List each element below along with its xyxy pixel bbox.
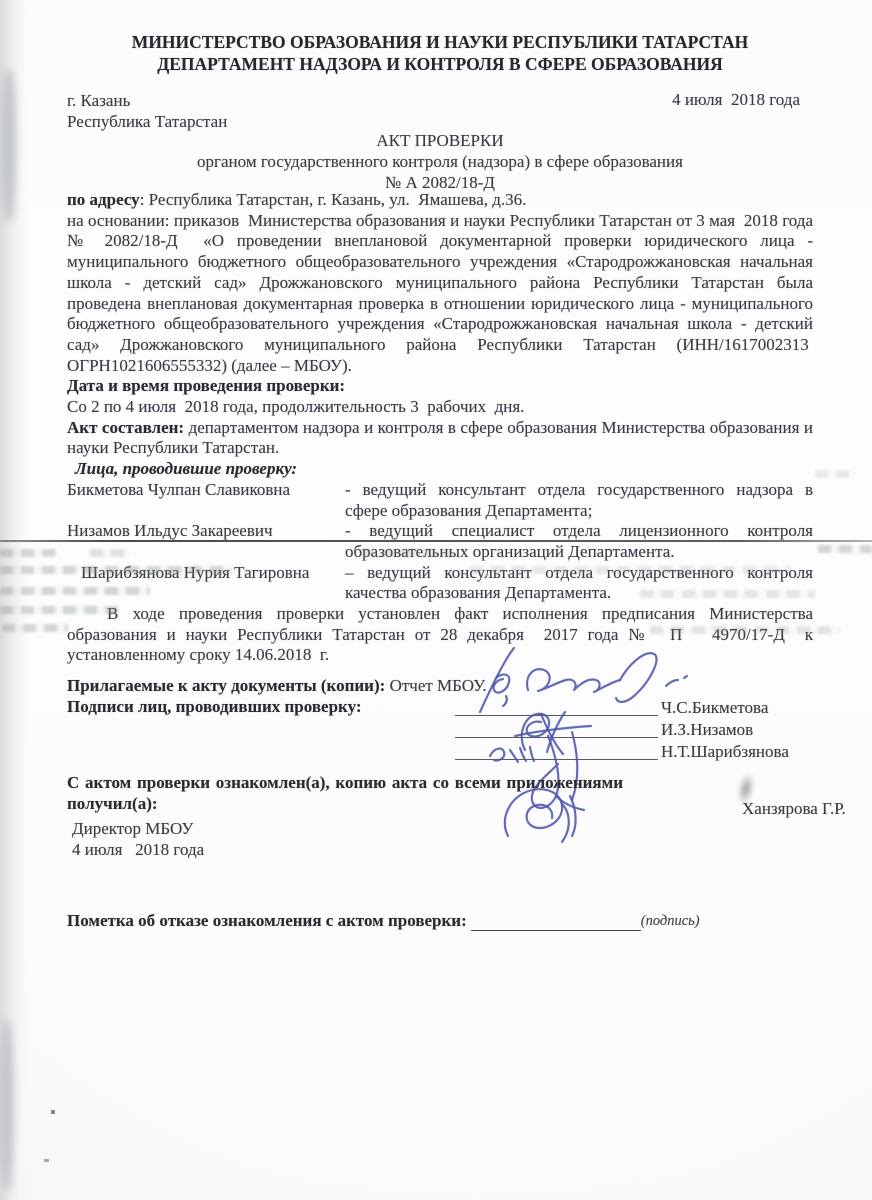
bleedthrough-smudge: [2, 624, 68, 632]
bleedthrough-smudge: [815, 470, 855, 478]
acknowledgment-date: 4 июля 2018 года: [72, 840, 204, 860]
org-name-line2: ДЕПАРТАМЕНТ НАДЗОРА И КОНТРОЛЯ В СФЕРЕ О…: [67, 53, 813, 75]
address-label: по адресу: [67, 190, 140, 209]
scan-edge-blotch: [1, 1020, 13, 1190]
acknowledgment-text: С актом проверки ознакомлен(а), копию ак…: [67, 772, 623, 815]
dates-value: Со 2 по 4 июля 2018 года, продолжительно…: [67, 397, 813, 418]
scan-fold-line: [0, 540, 872, 542]
bleedthrough-smudge: [640, 590, 815, 598]
composed-label: Акт составлен:: [67, 418, 184, 437]
refusal-row: Пометка об отказе ознакомления с актом п…: [67, 911, 700, 931]
scan-edge-blotch: [2, 70, 16, 220]
org-name-line1: МИНИСТЕРСТВО ОБРАЗОВАНИЯ И НАУКИ РЕСПУБЛ…: [67, 31, 813, 53]
acknowledger-name: Ханзярова Г.Р.: [742, 799, 846, 819]
inspector-name: Бикметова Чулпан Славиковна: [67, 480, 345, 521]
composed-paragraph: Акт составлен: департаментом надзора и к…: [67, 418, 813, 459]
scan-speck: [51, 1110, 55, 1114]
place-block: г. Казань Республика Татарстан: [67, 90, 227, 132]
acknowledger-position: Директор МБОУ: [72, 819, 193, 839]
signer-name: И.З.Низамов: [661, 721, 753, 738]
bleedthrough-smudge: [360, 549, 450, 557]
title-block: АКТ ПРОВЕРКИ органом государственного ко…: [67, 130, 813, 193]
refusal-signature-line: [471, 915, 641, 931]
document-date: 4 июля 2018 года: [600, 90, 800, 110]
bleedthrough-smudge: [0, 549, 58, 557]
bleedthrough-smudge: [0, 606, 118, 614]
scanned-document-page: МИНИСТЕРСТВО ОБРАЗОВАНИЯ И НАУКИ РЕСПУБЛ…: [0, 0, 872, 1200]
refusal-label: Пометка об отказе ознакомления с актом п…: [67, 911, 467, 931]
signer-name: Н.Т.Шарибзянова: [661, 743, 789, 760]
attachments-label: Прилагаемые к акту документы (копии):: [67, 676, 385, 695]
document-body: по адресу: Республика Татарстан, г. Каза…: [67, 190, 813, 718]
inspector-role: - ведущий консультант отдела государстве…: [345, 480, 813, 521]
city-line: г. Казань: [67, 90, 227, 111]
inspectors-label: Лица, проводившие проверку:: [67, 459, 813, 480]
bleedthrough-smudge: [650, 626, 840, 634]
bleedthrough-smudge: [0, 587, 150, 595]
document-title: АКТ ПРОВЕРКИ: [67, 130, 813, 151]
inspector-row: Бикметова Чулпан Славиковна - ведущий ко…: [67, 480, 813, 521]
address-line: по адресу: Республика Татарстан, г. Каза…: [67, 190, 813, 211]
attachments-line: Прилагаемые к акту документы (копии): От…: [67, 676, 813, 697]
bleedthrough-smudge: [818, 545, 872, 553]
organization-header: МИНИСТЕРСТВО ОБРАЗОВАНИЯ И НАУКИ РЕСПУБЛ…: [67, 31, 813, 75]
bleedthrough-smudge: [0, 566, 232, 574]
bleedthrough-smudge: [470, 566, 790, 574]
scan-speck: [44, 1159, 49, 1162]
document-subtitle: органом государственного контроля (надзо…: [67, 151, 813, 172]
address-value: : Республика Татарстан, г. Казань, ул. Я…: [140, 190, 527, 209]
dates-label: Дата и время проведения проверки:: [67, 376, 813, 397]
basis-paragraph: на основании: приказов Министерства обра…: [67, 211, 813, 377]
refusal-signature-hint: (подпись): [641, 913, 700, 931]
bleedthrough-smudge: [90, 549, 130, 557]
region-line: Республика Татарстан: [67, 111, 227, 132]
findings-paragraph: В ходе проведения проверки установлен фа…: [67, 604, 813, 666]
